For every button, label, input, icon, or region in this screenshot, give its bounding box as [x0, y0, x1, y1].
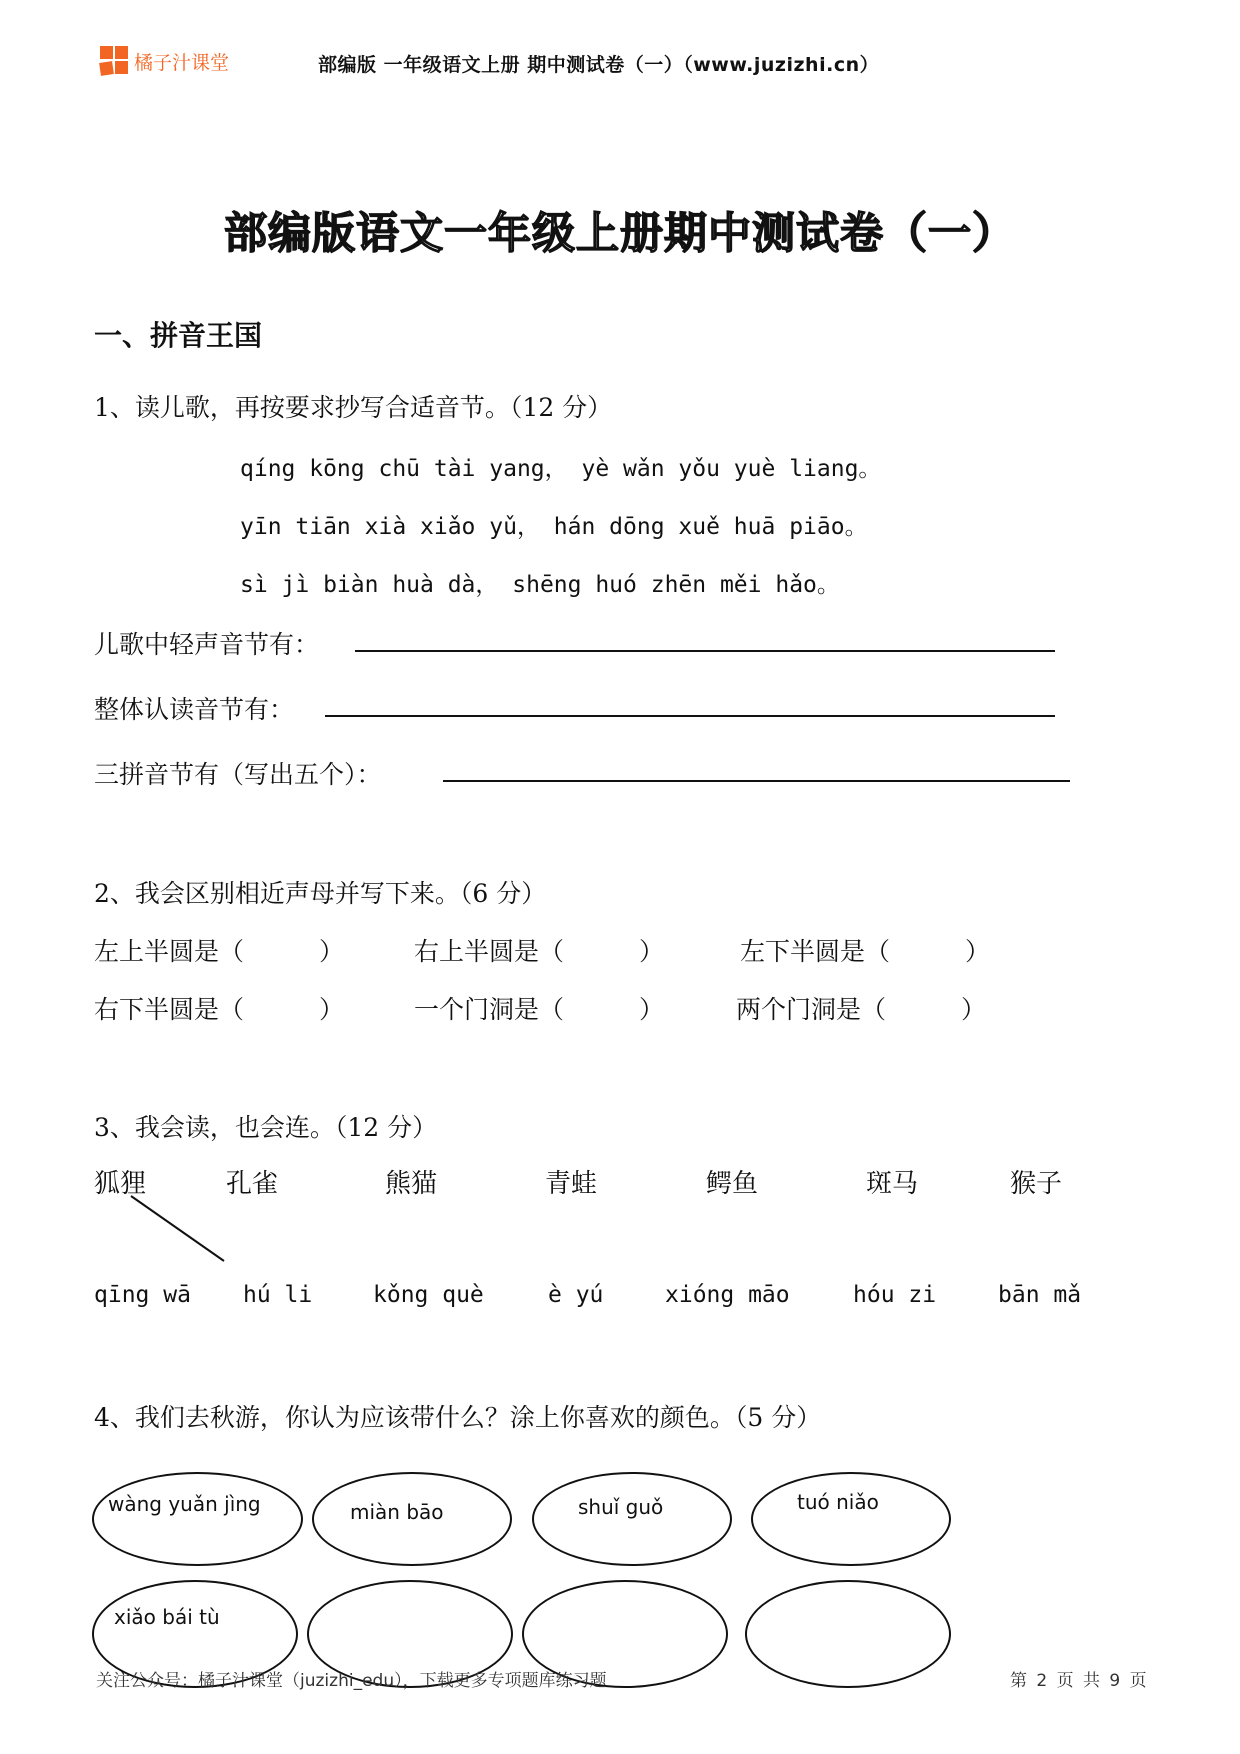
item-oval[interactable]: [751, 1472, 951, 1566]
oval-label: shuǐ guǒ: [578, 1495, 663, 1519]
pinyin-word[interactable]: bān mǎ: [998, 1282, 1081, 1308]
oval-label: wàng yuǎn jìng: [108, 1492, 261, 1516]
item-oval[interactable]: [532, 1472, 732, 1566]
pinyin-word[interactable]: kǒng què: [373, 1282, 484, 1308]
oval-label: miàn bāo: [350, 1500, 444, 1524]
footer-note: 关注公众号：橘子汁课堂（juzizhi_edu），下载更多专项题库练习题: [96, 1666, 607, 1691]
oval-label: xiǎo bái tù: [114, 1605, 220, 1629]
pinyin-word[interactable]: xióng māo: [665, 1282, 790, 1308]
item-oval-blank[interactable]: [745, 1580, 951, 1688]
pinyin-word[interactable]: qīng wā: [94, 1282, 191, 1308]
question-4-prompt: 4、我们去秋游，你认为应该带什么？涂上你喜欢的颜色。（5 分）: [94, 1398, 821, 1434]
page-number: 第 2 页 共 9 页: [1010, 1666, 1147, 1691]
pinyin-word[interactable]: è yú: [548, 1282, 603, 1308]
pinyin-word[interactable]: hú li: [243, 1282, 312, 1308]
oval-label: tuó niǎo: [797, 1490, 879, 1514]
item-oval[interactable]: [92, 1472, 303, 1566]
pinyin-word[interactable]: hóu zi: [853, 1282, 936, 1308]
